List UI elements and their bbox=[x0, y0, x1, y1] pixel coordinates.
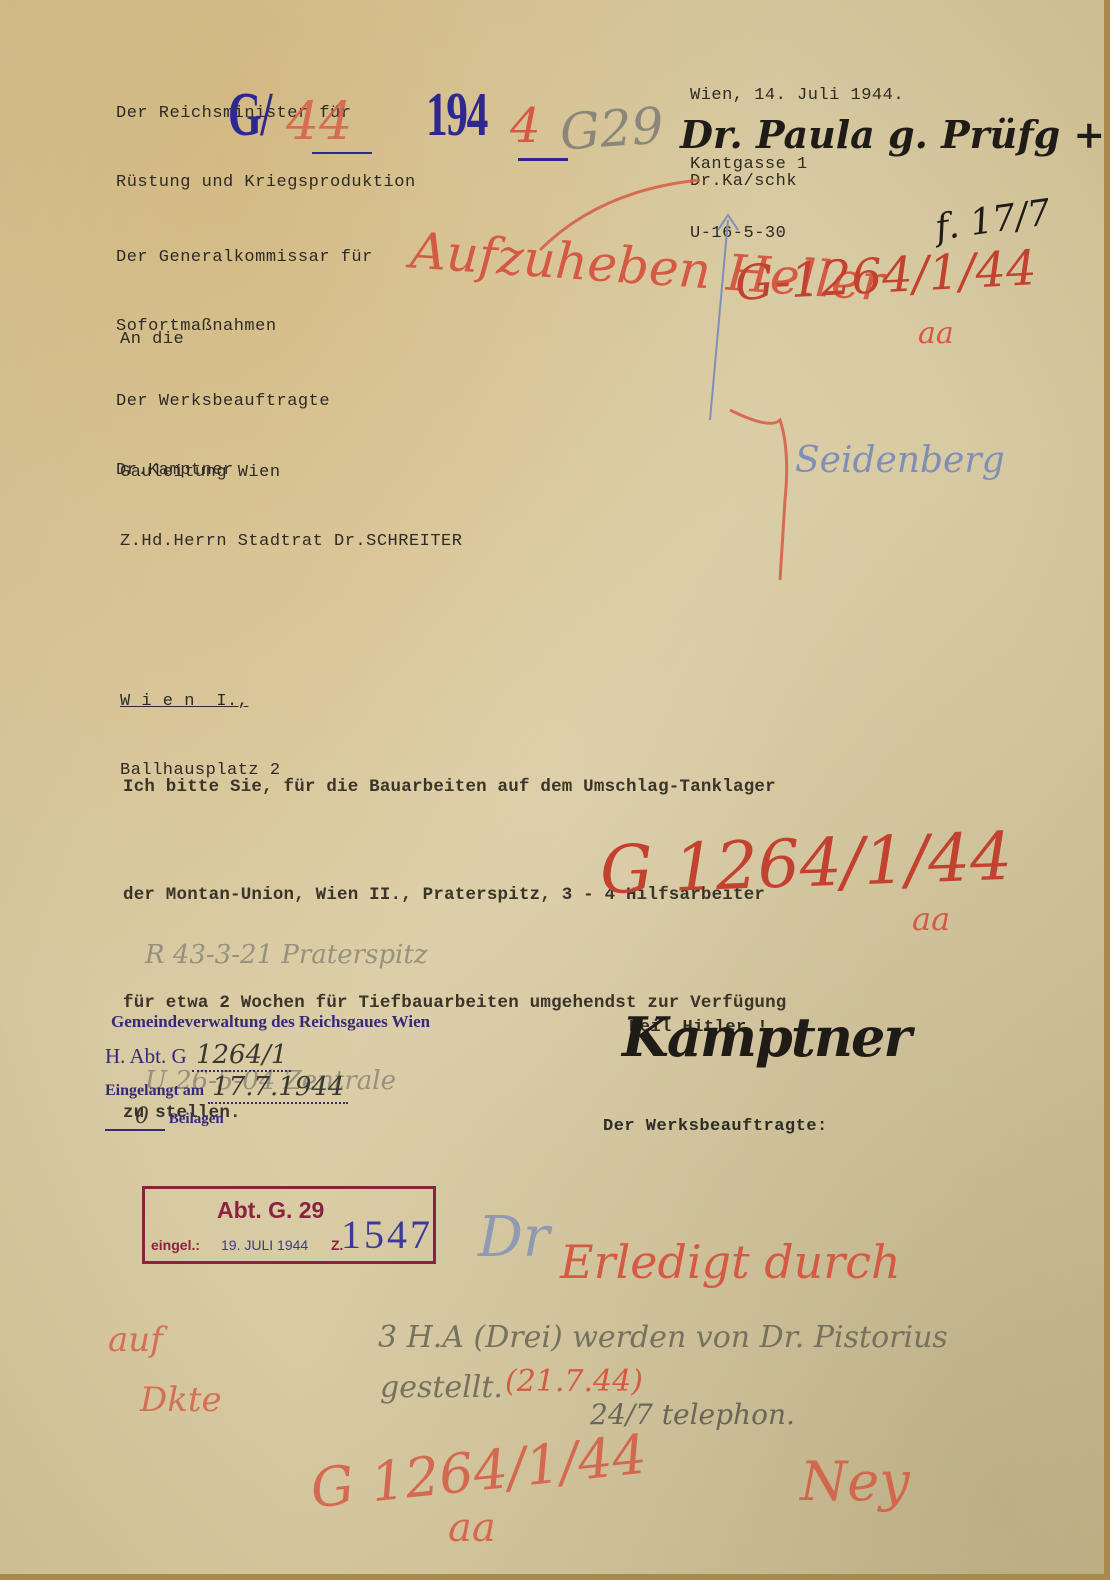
blue-initials-bottom: Dr bbox=[478, 1205, 550, 1270]
pencil-note-line2: gestellt. bbox=[380, 1370, 503, 1405]
registry-attachments-label: Beilagen bbox=[169, 1111, 224, 1127]
recipient-salutation: An die bbox=[120, 328, 462, 351]
registry-dept-row: H. Abt. G 1264/1 bbox=[105, 1040, 475, 1070]
registry-attachments-row: 0 Beilagen bbox=[105, 1104, 475, 1129]
file-year: 194 bbox=[426, 80, 487, 151]
blue-note-seidenberg: Seidenberg bbox=[795, 440, 1005, 481]
ink-note-top: Dr. Paula g. Prüfg + Erl. bbox=[680, 112, 1110, 157]
red-initials-bottom: aa bbox=[448, 1505, 496, 1551]
registry-org: Gemeindeverwaltung des Reichsgaues Wien bbox=[105, 1012, 475, 1032]
body-line: Ich bitte Sie, für die Bauarbeiten auf d… bbox=[123, 769, 787, 805]
box-stamp-date: 19. JULI 1944 bbox=[221, 1237, 308, 1253]
letterhead-line: Der Generalkommissar für bbox=[116, 246, 416, 269]
registry-stamp: Gemeindeverwaltung des Reichsgaues Wien … bbox=[105, 1012, 475, 1129]
recipient-org: Gauleitung Wien bbox=[120, 461, 462, 484]
red-note-erledigt: Erledigt durch bbox=[560, 1235, 901, 1289]
closing-title: Der Werksbeauftragte: bbox=[603, 1110, 828, 1143]
document-page: Der Reichsminister für Rüstung und Krieg… bbox=[0, 0, 1110, 1580]
left-red-note-2: Dkte bbox=[140, 1380, 222, 1420]
left-red-note-1: auf bbox=[108, 1320, 163, 1360]
registry-attachments-value: 0 bbox=[105, 1104, 165, 1131]
registry-received-value: 17.7.1944 bbox=[208, 1072, 348, 1104]
red-initials-mid: aa bbox=[912, 900, 950, 938]
phone-note: R 43-3-21 Praterspitz bbox=[145, 934, 428, 976]
stamp-underline bbox=[312, 152, 372, 154]
department-receipt-stamp: Abt. G. 29 eingel.: 19. JULI 1944 Z. 154… bbox=[142, 1186, 436, 1264]
recipient-attention: Z.Hd.Herrn Stadtrat Dr.SCHREITER bbox=[120, 530, 462, 553]
red-file-number-mid: G 1264/1/44 bbox=[599, 818, 1014, 909]
registry-received-row: Eingelangt am 17.7.1944 bbox=[105, 1072, 475, 1102]
file-number-handwritten: 44 bbox=[286, 92, 352, 152]
box-stamp-title: Abt. G. 29 bbox=[217, 1197, 324, 1224]
box-stamp-received-label: eingel.: bbox=[151, 1237, 200, 1253]
ink-date-note: f. 17/7 bbox=[933, 192, 1053, 249]
registry-dept-label: H. Abt. G bbox=[105, 1044, 187, 1068]
pencil-note-line1: 3 H.A (Drei) werden von Dr. Pistorius bbox=[378, 1320, 948, 1355]
red-initials-top: aa bbox=[918, 316, 954, 351]
red-date-bottom: (21.7.44) bbox=[505, 1364, 643, 1399]
file-year-suffix: 4 bbox=[510, 98, 541, 154]
stamp-underline bbox=[518, 158, 568, 161]
file-number-stamp: G/ 44 194 4 bbox=[228, 80, 568, 170]
place-date: Wien, 14. Juli 1944. bbox=[690, 84, 904, 107]
registry-dept-value: 1264/1 bbox=[192, 1040, 291, 1072]
red-signature-bottom: Ney bbox=[800, 1450, 910, 1513]
pencil-note-g29: G29 bbox=[558, 96, 665, 161]
closing-block: Heil Hitler ! Der Werksbeauftragte: bbox=[603, 945, 828, 1209]
box-stamp-number: 1547 bbox=[341, 1211, 433, 1258]
file-prefix: G/ bbox=[228, 80, 271, 151]
registry-received-label: Eingelangt am bbox=[105, 1082, 204, 1099]
letterhead-line: Rüstung und Kriegsproduktion bbox=[116, 171, 416, 194]
signature: Kamptner bbox=[622, 1005, 910, 1069]
